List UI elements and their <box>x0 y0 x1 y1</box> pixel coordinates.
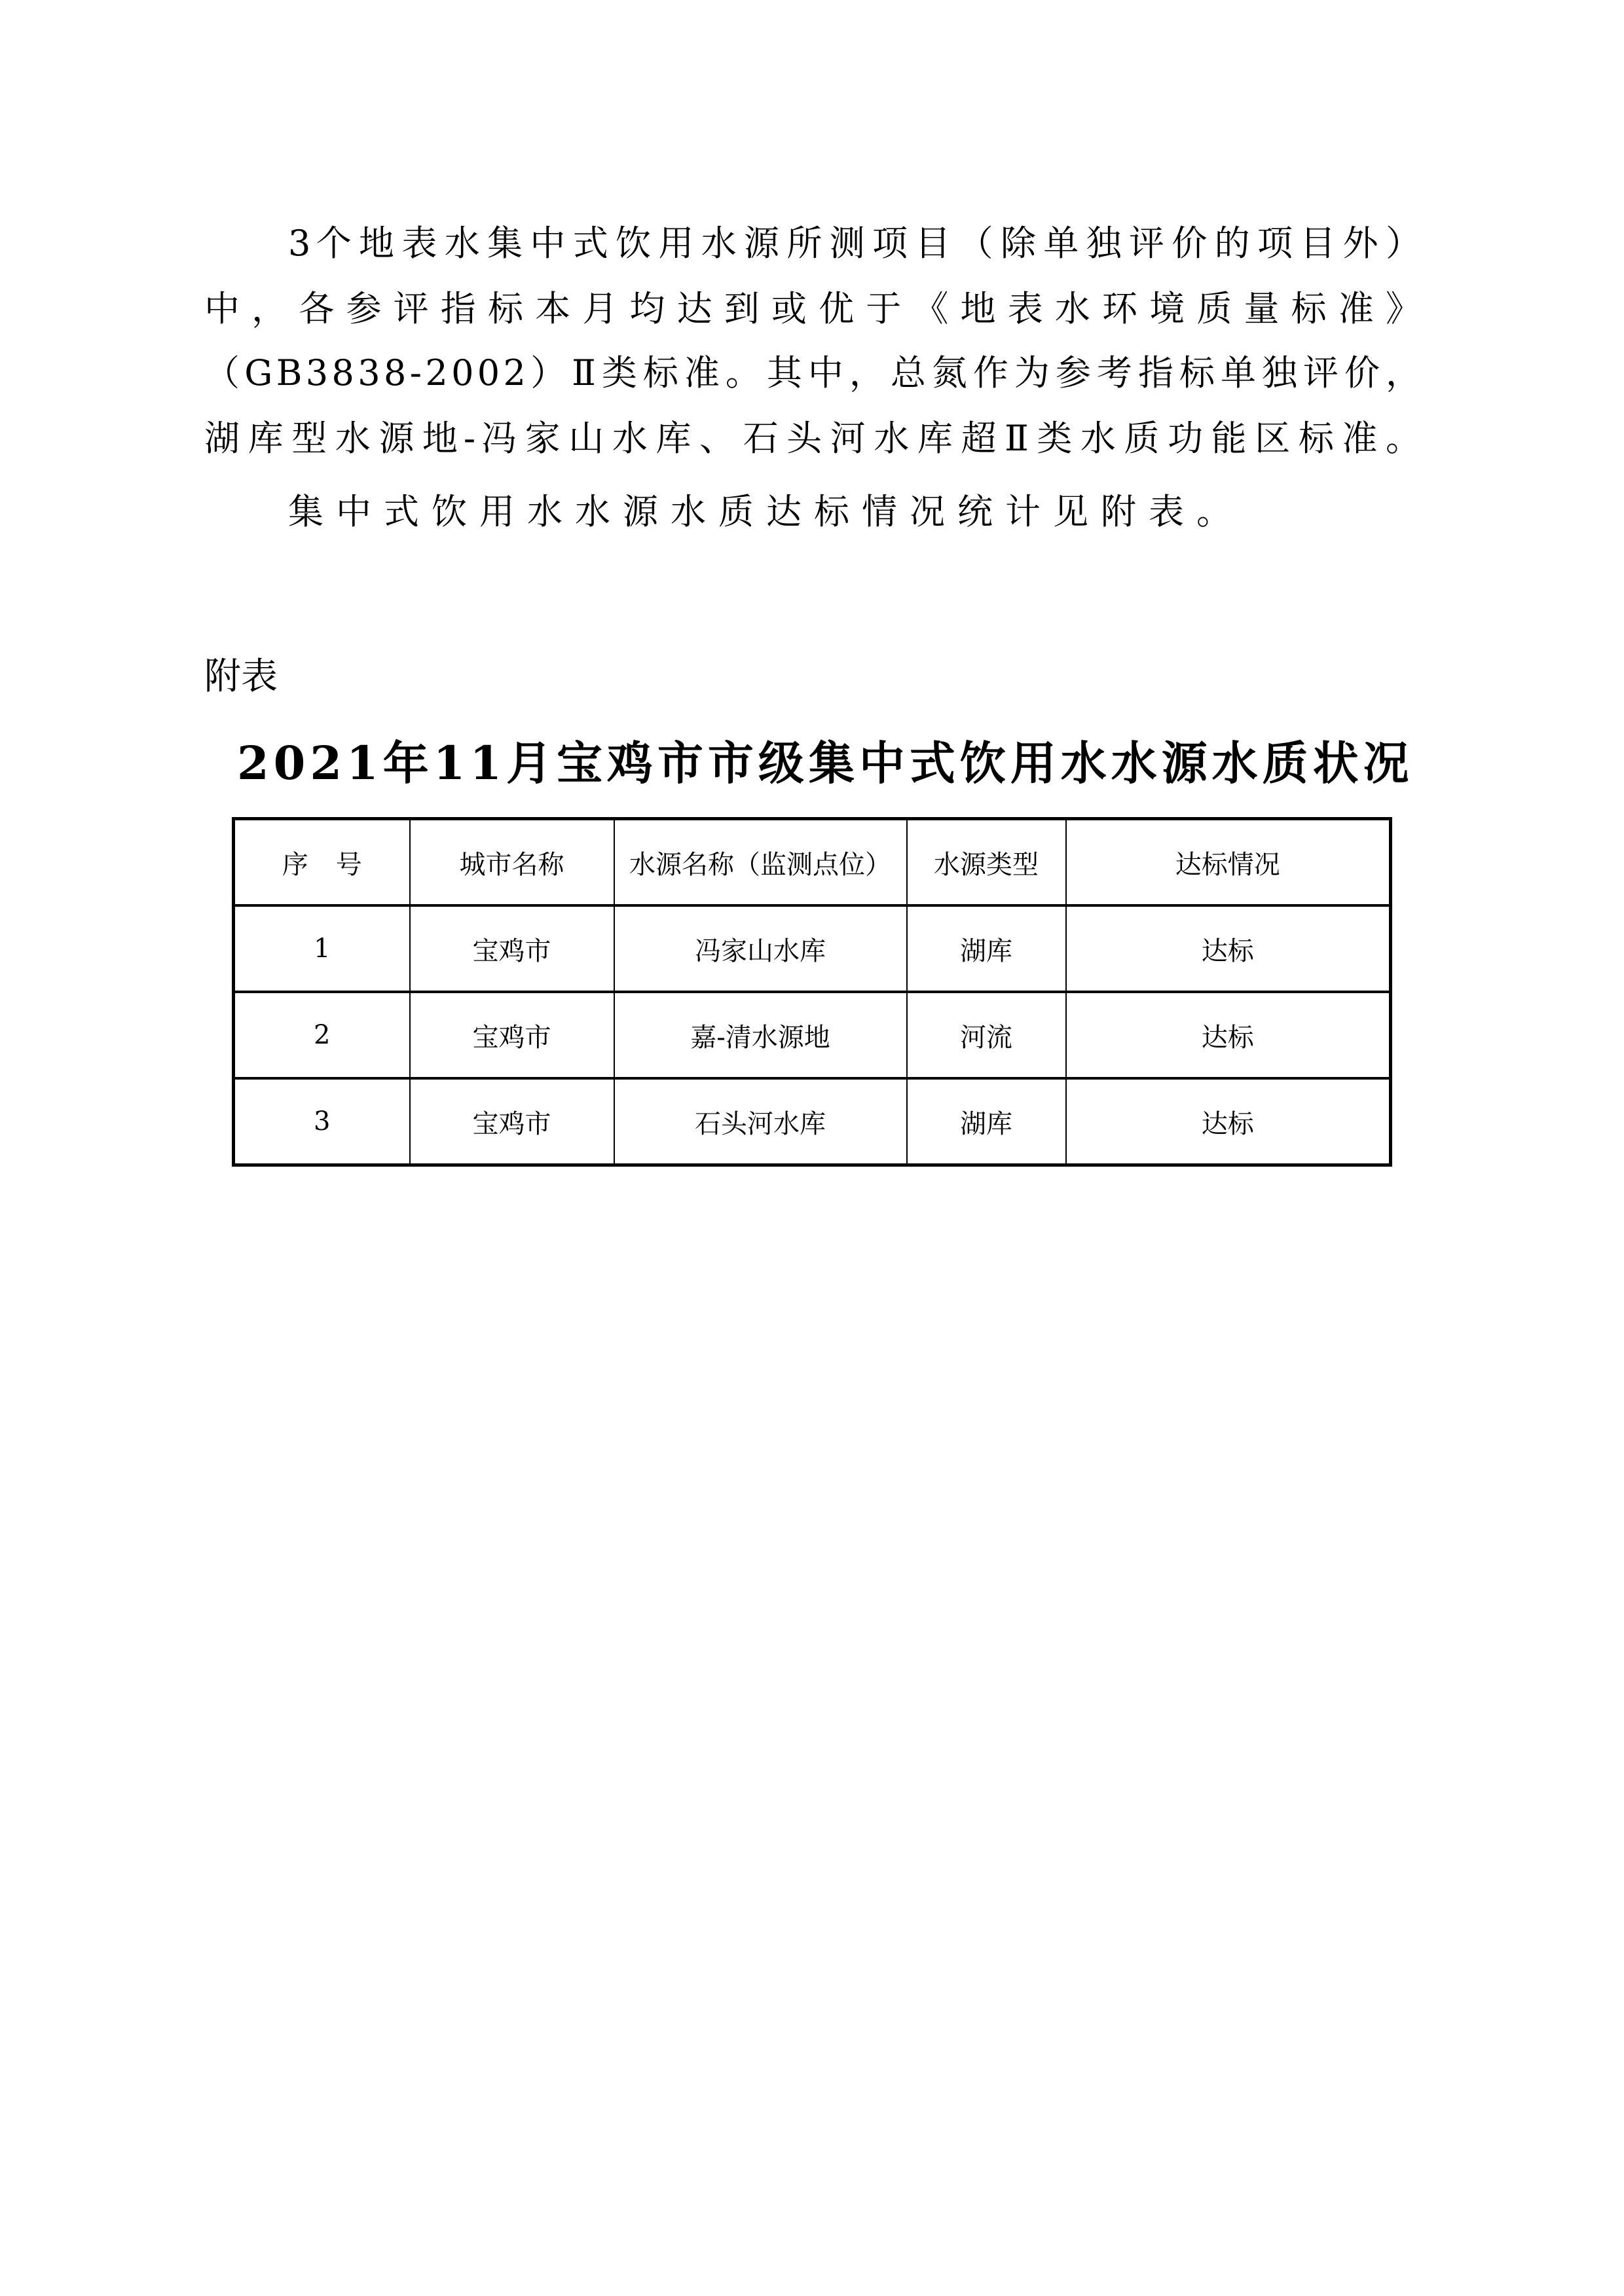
paragraph-line-3: （ G B 3 8 3 8 - 2 0 0 2 ） Ⅱ 类 标 准 。 其 中 … <box>204 350 1421 397</box>
cell-source-type: 湖库 <box>907 1078 1066 1165</box>
table-header-row: 序号 城市名称 水源名称（监测点位） 水源类型 达标情况 <box>234 819 1391 906</box>
header-city: 城市名称 <box>410 819 614 906</box>
table-row: 3 宝鸡市 石头河水库 湖库 达标 <box>234 1078 1391 1165</box>
paragraph-line-2: 中 ， 各 参 评 指 标 本 月 均 达 到 或 优 于 《 地 表 水 环 … <box>204 285 1421 333</box>
cell-source-name: 冯家山水库 <box>614 905 907 992</box>
cell-source-name: 石头河水库 <box>614 1078 907 1165</box>
header-seq: 序号 <box>234 819 410 906</box>
table-row: 2 宝鸡市 嘉-清水源地 河流 达标 <box>234 992 1391 1078</box>
cell-source-name: 嘉-清水源地 <box>614 992 907 1078</box>
cell-compliance: 达标 <box>1066 905 1391 992</box>
cell-city: 宝鸡市 <box>410 905 614 992</box>
cell-city: 宝鸡市 <box>410 1078 614 1165</box>
header-compliance: 达标情况 <box>1066 819 1391 906</box>
table-title: 2 0 2 1 年 1 1 月 宝 鸡 市 市 级 集 中 式 饮 用 水 水 … <box>237 731 1390 796</box>
document-page: 3 个 地 表 水 集 中 式 饮 用 水 源 所 测 项 目 （ 除 单 独 … <box>0 0 1624 2296</box>
paragraph-line-4: 湖 库 型 水 源 地 - 冯 家 山 水 库 、 石 头 河 水 库 超 Ⅱ … <box>204 415 1421 462</box>
cell-seq: 2 <box>234 992 410 1078</box>
cell-seq: 1 <box>234 905 410 992</box>
header-source-type: 水源类型 <box>907 819 1066 906</box>
paragraph-line-1: 3 个 地 表 水 集 中 式 饮 用 水 源 所 测 项 目 （ 除 单 独 … <box>288 220 1421 267</box>
cell-compliance: 达标 <box>1066 992 1391 1078</box>
water-quality-table: 序号 城市名称 水源名称（监测点位） 水源类型 达标情况 1 宝鸡市 冯家山水库… <box>232 817 1392 1167</box>
cell-source-type: 河流 <box>907 992 1066 1078</box>
header-source-name: 水源名称（监测点位） <box>614 819 907 906</box>
cell-source-type: 湖库 <box>907 905 1066 992</box>
paragraph-line-5: 集中式饮用水水源水质达标情况统计见附表。 <box>288 488 1244 536</box>
cell-compliance: 达标 <box>1066 1078 1391 1165</box>
cell-seq: 3 <box>234 1078 410 1165</box>
appendix-label: 附表 <box>204 651 278 703</box>
table-row: 1 宝鸡市 冯家山水库 湖库 达标 <box>234 905 1391 992</box>
cell-city: 宝鸡市 <box>410 992 614 1078</box>
